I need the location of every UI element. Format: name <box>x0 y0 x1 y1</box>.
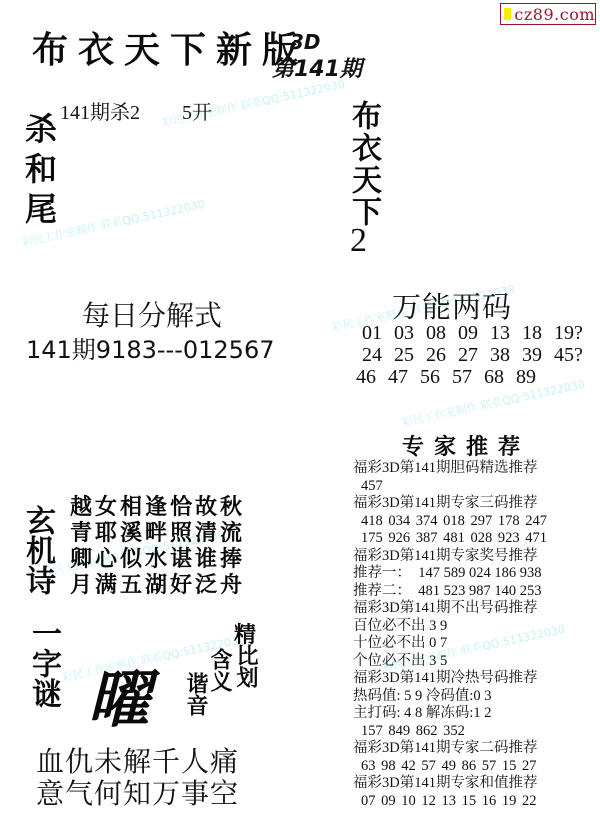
code-cell: 19? <box>554 322 586 344</box>
code-cell: 24 <box>362 344 394 366</box>
code-cell: 13 <box>490 322 522 344</box>
riddle-hint-hanyi: 含义 <box>206 648 232 692</box>
code-cell: 26 <box>426 344 458 366</box>
poem-line: 卿心似水谌谁捧 <box>70 547 245 573</box>
issue-label: 第141期 <box>272 52 362 83</box>
code-cell: 38 <box>490 344 522 366</box>
expert-heading: 福彩3D第141期胆码精选推荐 <box>353 460 547 478</box>
page-title: 布衣天下新版 <box>32 22 308 73</box>
code-cell: 46 <box>356 366 388 388</box>
code-cell: 01 <box>362 322 394 344</box>
wanneng-title: 万能两码 <box>392 285 512 326</box>
expert-heading: 福彩3D第141期冷热号码推荐 <box>353 670 547 688</box>
code-cell: 09 <box>458 322 490 344</box>
daily-decomposition-value: 141期9183---012567 <box>26 330 274 365</box>
code-cell: 25 <box>394 344 426 366</box>
kill-tail-open: 5开 <box>182 102 212 124</box>
expert-value: 个位必不出 3 5 <box>353 653 547 671</box>
expert-heading: 福彩3D第141期专家奖号推荐 <box>353 548 547 566</box>
expert-value: 07 09 10 12 13 15 16 19 22 <box>353 793 547 811</box>
riddle-label: 一字谜 <box>24 618 62 708</box>
code-row: 01 03 08 09 13 18 19? <box>362 322 586 344</box>
expert-heading: 福彩3D第141期专家三码推荐 <box>353 495 547 513</box>
expert-heading: 福彩3D第141期专家和值推荐 <box>353 775 547 793</box>
code-cell: 08 <box>426 322 458 344</box>
badge-square-icon <box>504 8 511 20</box>
expert-heading: 福彩3D第141期专家二码推荐 <box>353 740 547 758</box>
expert-value: 主打码: 4 8 解冻码:1 2 <box>353 705 547 723</box>
expert-value: 63 98 42 57 49 86 57 15 27 <box>353 758 547 776</box>
code-cell: 18 <box>522 322 554 344</box>
expert-value: 百位必不出 3 9 <box>353 618 547 636</box>
riddle-hint-bihua: 比划 <box>232 644 258 688</box>
riddle-character: 曜 <box>88 650 150 739</box>
xuanji-poem: 越女相逢恰故秋 青耶溪畔照清流 卿心似水谌谁捧 月满五湖好泛舟 <box>70 495 245 599</box>
code-cell: 57 <box>452 366 484 388</box>
expert-value: 十位必不出 0 7 <box>353 635 547 653</box>
site-badge[interactable]: cz89.com <box>500 3 596 25</box>
badge-text: cz89.com <box>514 5 595 24</box>
expert-value: 175 926 387 481 028 923 471 <box>353 530 547 548</box>
code-cell: 27 <box>458 344 490 366</box>
code-cell: 89 <box>516 366 548 388</box>
expert-value: 157 849 862 352 <box>353 723 547 741</box>
poem-line: 月满五湖好泛舟 <box>70 573 245 599</box>
xuanji-poem-label: 玄机诗 <box>20 505 54 595</box>
poem-line: 青耶溪畔照清流 <box>70 521 245 547</box>
final-poem: 血仇未解千人痛 意气何知万事空 <box>36 746 239 810</box>
code-row: 46 47 56 57 68 89 <box>356 366 586 388</box>
code-cell: 56 <box>420 366 452 388</box>
code-cell: 68 <box>484 366 516 388</box>
riddle-hint-xieyin: 谐音 <box>182 672 208 716</box>
expert-value: 推荐二： 481 523 987 140 253 <box>353 583 547 601</box>
code-cell: 47 <box>388 366 420 388</box>
expert-list: 福彩3D第141期胆码精选推荐 457 福彩3D第141期专家三码推荐 418 … <box>353 460 547 810</box>
expert-heading: 福彩3D第141期不出号码推荐 <box>353 600 547 618</box>
kill-tail-issue: 141期杀2 <box>60 102 140 124</box>
expert-title: 专家推荐 <box>402 430 530 461</box>
wanneng-code-grid: 01 03 08 09 13 18 19? 24 25 26 27 38 39 … <box>362 322 586 388</box>
final-poem-line: 意气何知万事空 <box>36 778 239 810</box>
code-cell: 03 <box>394 322 426 344</box>
kill-tail-line: 141期杀25开 <box>60 96 212 125</box>
game-label: 3D <box>290 30 321 54</box>
expert-value: 418 034 374 018 297 178 247 <box>353 513 547 531</box>
expert-value: 热码值: 5 9 冷码值:0 3 <box>353 688 547 706</box>
daily-decomposition-title: 每日分解式 <box>82 294 222 334</box>
expert-value: 推荐一： 147 589 024 186 938 <box>353 565 547 583</box>
poem-line: 越女相逢恰故秋 <box>70 495 245 521</box>
kill-tail-label: 杀和尾 <box>22 112 56 232</box>
expert-value: 457 <box>353 478 547 496</box>
code-row: 24 25 26 27 38 39 45? <box>362 344 586 366</box>
code-cell: 39 <box>522 344 554 366</box>
buyi-digit: 2 <box>350 222 367 260</box>
code-cell: 45? <box>554 344 586 366</box>
final-poem-line: 血仇未解千人痛 <box>36 746 239 778</box>
buyi-label: 布衣天下 <box>346 100 380 228</box>
